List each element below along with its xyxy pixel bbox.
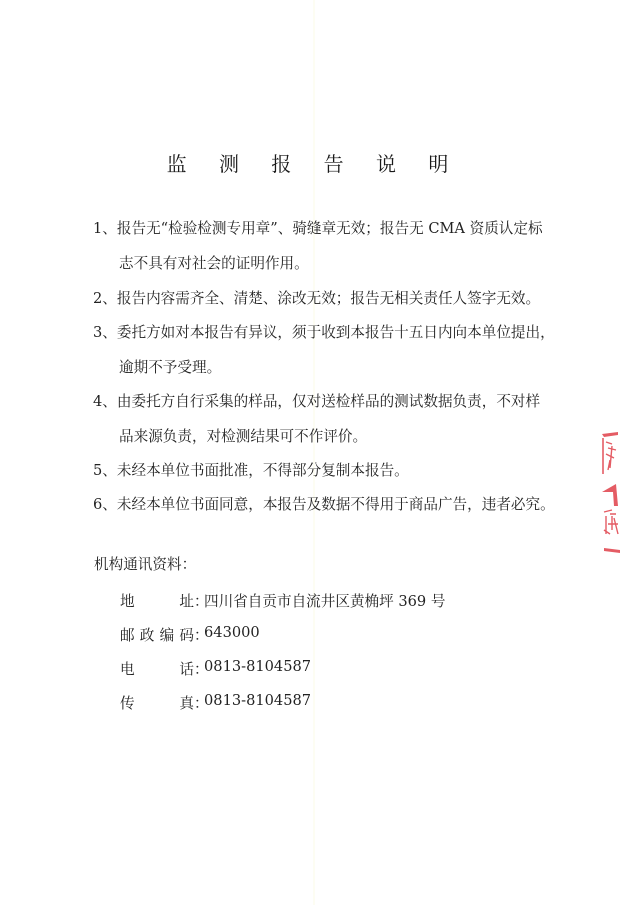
partial-red-seal-icon: [600, 430, 636, 560]
item-1-line-1: 1、报告无“检验检测专用章”、骑缝章无效；报告无 CMA 资质认定标: [93, 220, 543, 238]
contact-address-label: 地址: [120, 590, 194, 611]
item-2-line-1: 2、报告内容需齐全、清楚、涂改无效；报告无相关责任人签字无效。: [93, 290, 540, 308]
contact-phone-row: 电话 ： 0813-8104587: [120, 658, 311, 679]
contact-fax-value: 0813-8104587: [204, 692, 311, 713]
contact-phone-label: 电话: [120, 658, 194, 679]
contact-heading: 机构通讯资料：: [94, 553, 196, 574]
contact-colon: ：: [194, 692, 204, 713]
contact-postcode-row: 邮政编码 ： 643000: [120, 624, 260, 645]
page-title: 监 测 报 告 说 明: [0, 148, 628, 177]
scan-artifact-line: [313, 0, 315, 905]
document-page: 监 测 报 告 说 明 1、报告无“检验检测专用章”、骑缝章无效；报告无 CMA…: [0, 0, 640, 905]
item-4-line-2: 品来源负责，对检测结果可不作评价。: [119, 428, 367, 446]
contact-colon: ：: [194, 590, 204, 611]
contact-address-value: 四川省自贡市自流井区黄桷坪 369 号: [204, 590, 445, 611]
item-6-line-1: 6、未经本单位书面同意，本报告及数据不得用于商品广告，违者必究。: [93, 496, 555, 514]
item-3-line-1: 3、委托方如对本报告有异议，须于收到本报告十五日内向本单位提出，: [93, 324, 555, 342]
item-4-line-1: 4、由委托方自行采集的样品，仅对送检样品的测试数据负责，不对样: [93, 393, 540, 411]
contact-postcode-value: 643000: [204, 624, 260, 645]
item-1-line-2: 志不具有对社会的证明作用。: [119, 255, 309, 273]
contact-address-row: 地址 ： 四川省自贡市自流井区黄桷坪 369 号: [120, 590, 445, 611]
item-3-line-2: 逾期不予受理。: [119, 359, 221, 377]
contact-phone-value: 0813-8104587: [204, 658, 311, 679]
contact-postcode-label: 邮政编码: [120, 624, 194, 645]
contact-colon: ：: [194, 658, 204, 679]
contact-fax-row: 传真 ： 0813-8104587: [120, 692, 311, 713]
contact-fax-label: 传真: [120, 692, 194, 713]
item-5-line-1: 5、未经本单位书面批准，不得部分复制本报告。: [93, 462, 409, 480]
contact-colon: ：: [194, 624, 204, 645]
